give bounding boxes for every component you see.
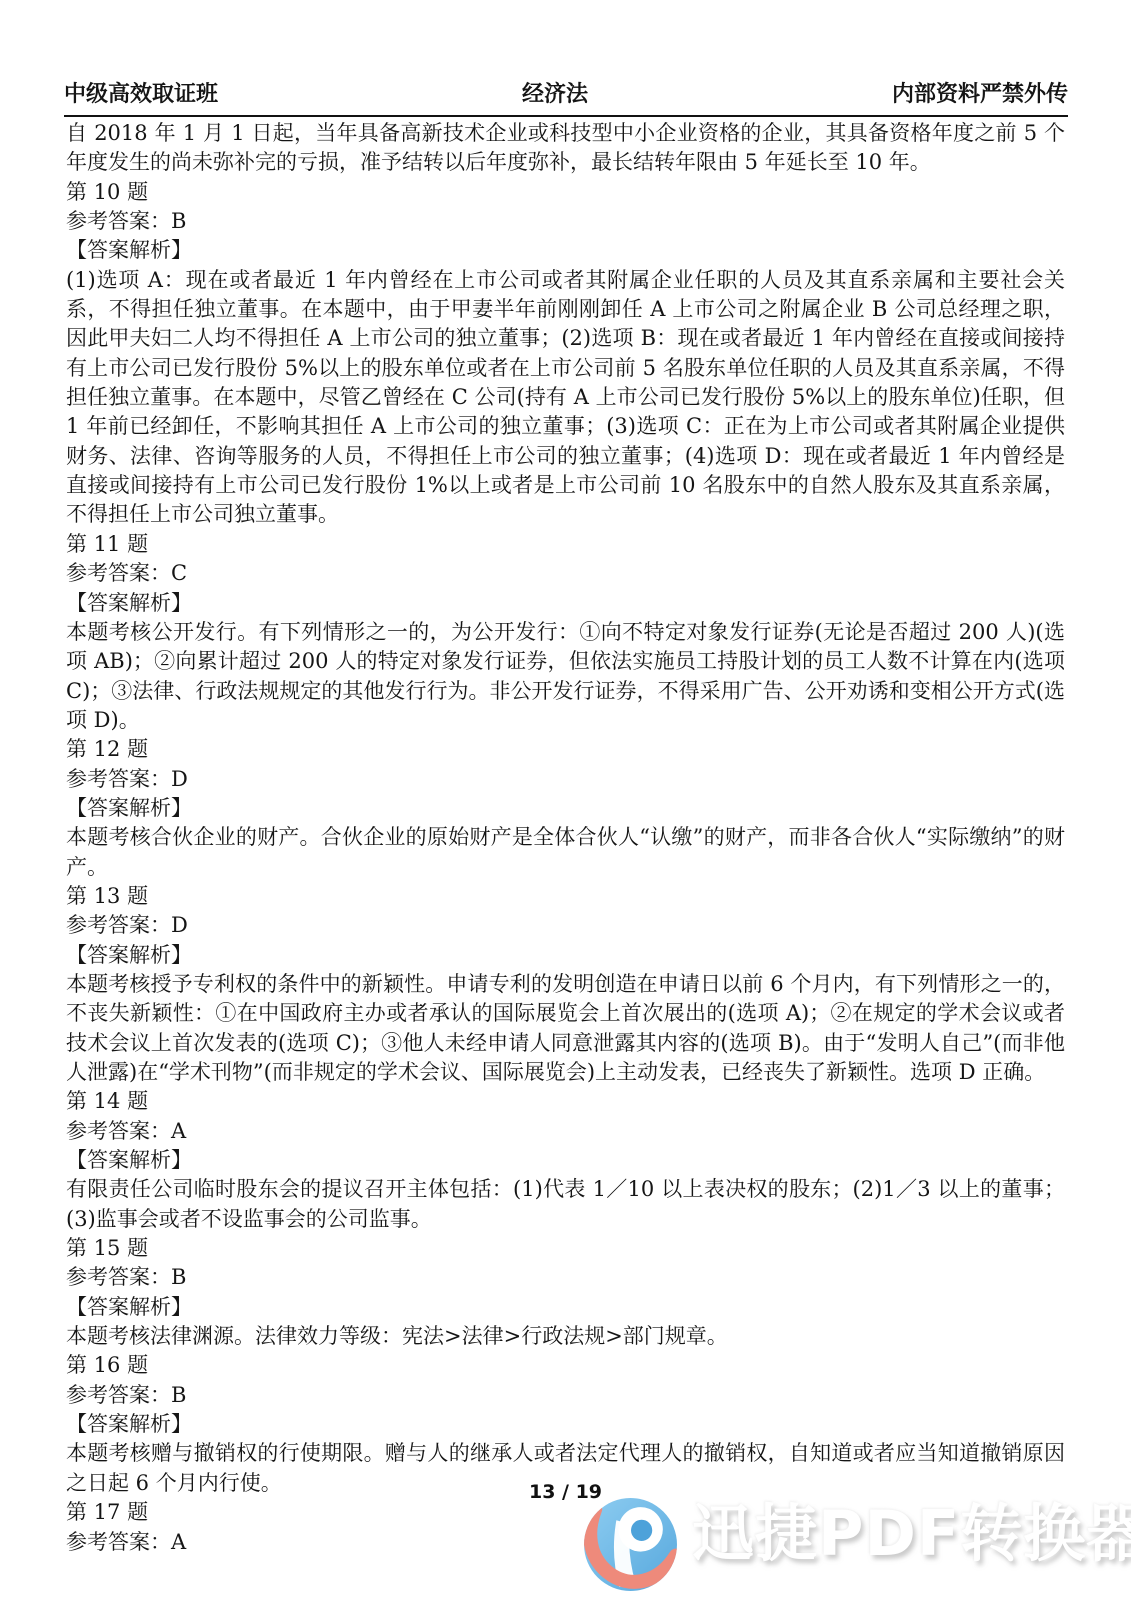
question-number-label: 第 14 题: [66, 1087, 1065, 1116]
reference-answer-label: 参考答案：B: [66, 1263, 1065, 1292]
page-number: 13 / 19: [0, 1481, 1131, 1503]
reference-answer-label: 参考答案：B: [66, 1381, 1065, 1410]
question-number-label: 第 13 题: [66, 882, 1065, 911]
question-number-label: 第 11 题: [66, 530, 1065, 559]
reference-answer-label: 参考答案：A: [66, 1117, 1065, 1146]
explanation-paragraph: 自 2018 年 1 月 1 日起，当年具备高新技术企业或科技型中小企业资格的企…: [66, 119, 1065, 178]
analysis-section-label: 【答案解析】: [66, 236, 1065, 265]
reference-answer-label: 参考答案：D: [66, 765, 1065, 794]
analysis-section-label: 【答案解析】: [66, 794, 1065, 823]
header-subject-label: 经济法: [522, 82, 588, 108]
analysis-section-label: 【答案解析】: [66, 1146, 1065, 1175]
reference-answer-label: 参考答案：B: [66, 207, 1065, 236]
explanation-paragraph: 本题考核合伙企业的财产。合伙企业的原始财产是全体合伙人“认缴”的财产，而非各合伙…: [66, 823, 1065, 882]
analysis-section-label: 【答案解析】: [66, 941, 1065, 970]
page-header: 中级高效取证班 经济法 内部资料严禁外传: [64, 82, 1068, 117]
explanation-paragraph: (1)选项 A：现在或者最近 1 年内曾经在上市公司或者其附属企业任职的人员及其…: [66, 266, 1065, 530]
analysis-section-label: 【答案解析】: [66, 1293, 1065, 1322]
explanation-paragraph: 本题考核授予专利权的条件中的新颖性。申请专利的发明创造在申请日以前 6 个月内，…: [66, 970, 1065, 1087]
explanation-paragraph: 有限责任公司临时股东会的提议召开主体包括：(1)代表 1／10 以上表决权的股东…: [66, 1175, 1065, 1234]
question-number-label: 第 10 题: [66, 178, 1065, 207]
analysis-section-label: 【答案解析】: [66, 1410, 1065, 1439]
document-body: 自 2018 年 1 月 1 日起，当年具备高新技术企业或科技型中小企业资格的企…: [66, 119, 1065, 1557]
question-number-label: 第 12 题: [66, 735, 1065, 764]
header-confidential-label: 内部资料严禁外传: [892, 82, 1068, 108]
question-number-label: 第 15 题: [66, 1234, 1065, 1263]
reference-answer-label: 参考答案：C: [66, 559, 1065, 588]
explanation-paragraph: 本题考核公开发行。有下列情形之一的，为公开发行：①向不特定对象发行证券(无论是否…: [66, 618, 1065, 735]
document-page: 中级高效取证班 经济法 内部资料严禁外传 自 2018 年 1 月 1 日起，当…: [0, 0, 1131, 1600]
header-course-label: 中级高效取证班: [64, 82, 218, 108]
question-number-label: 第 16 题: [66, 1351, 1065, 1380]
explanation-paragraph: 本题考核法律渊源。法律效力等级：宪法>法律>行政法规>部门规章。: [66, 1322, 1065, 1351]
reference-answer-label: 参考答案：A: [66, 1528, 1065, 1557]
analysis-section-label: 【答案解析】: [66, 589, 1065, 618]
reference-answer-label: 参考答案：D: [66, 911, 1065, 940]
